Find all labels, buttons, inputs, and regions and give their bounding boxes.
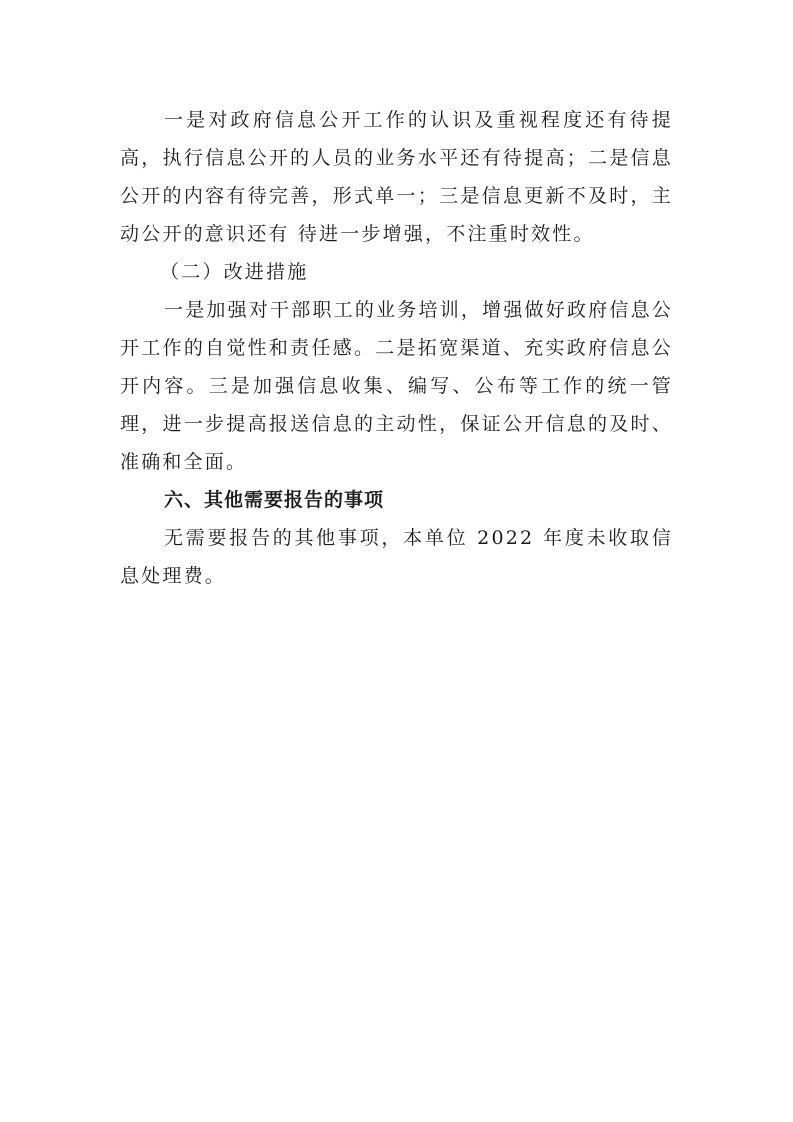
paragraph-other-matters: 无需要报告的其他事项，本单位 2022 年度未收取信息处理费。 [120,519,673,595]
paragraph-problems: 一是对政府信息公开工作的认识及重视程度还有待提高，执行信息公开的人员的业务水平还… [120,101,673,253]
subheading-improvement-measures: （二）改进措施 [120,253,673,291]
document-page: 一是对政府信息公开工作的认识及重视程度还有待提高，执行信息公开的人员的业务水平还… [120,101,673,595]
paragraph-improvement-measures: 一是加强对干部职工的业务培训，增强做好政府信息公开工作的自觉性和责任感。二是拓宽… [120,291,673,481]
section-heading-other-matters: 六、其他需要报告的事项 [120,481,673,519]
